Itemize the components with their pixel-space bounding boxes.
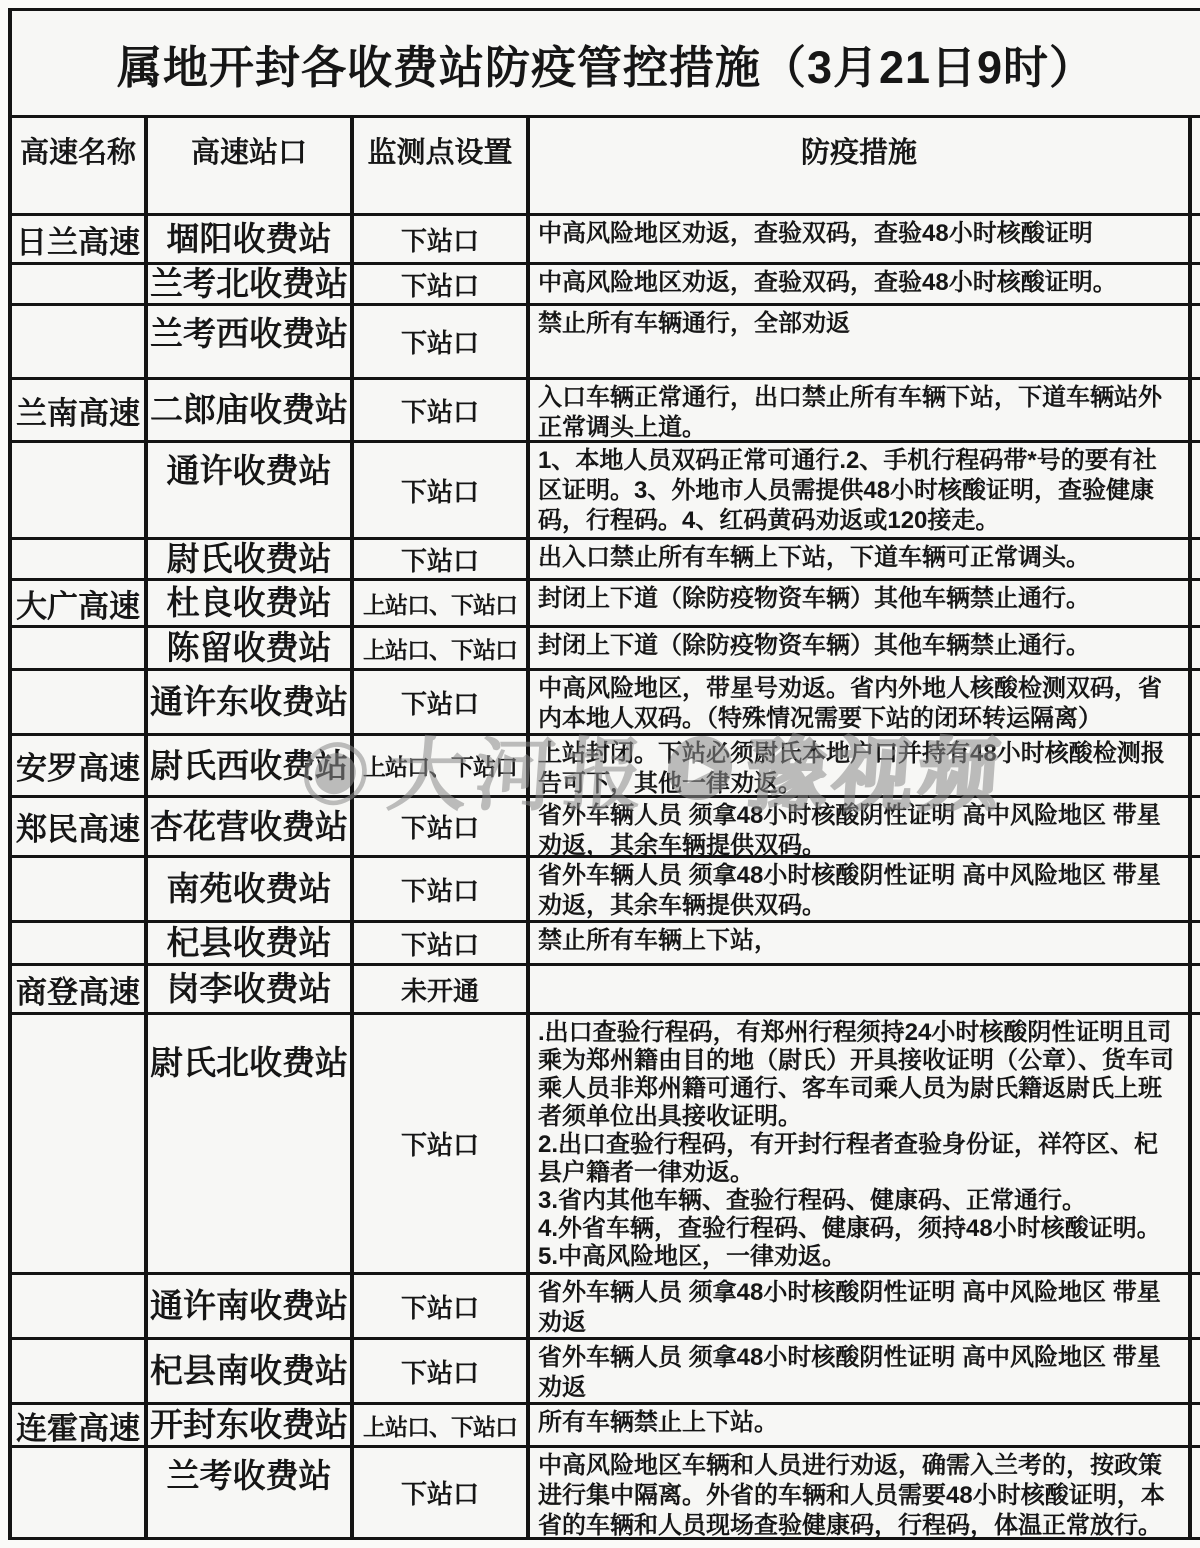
monitor-point-cell: 上站口、下站口: [354, 581, 530, 628]
cutoff-column-sliver: [1192, 1448, 1200, 1540]
cutoff-column-sliver: [1192, 798, 1200, 858]
page-title: 属地开封各收费站防疫管控措施（3月21日9时）: [117, 31, 1095, 96]
header-cutoff-sliver: [1192, 118, 1200, 216]
highway-name-cell: [12, 443, 148, 540]
cutoff-column-sliver: [1192, 671, 1200, 736]
header-monitor-point: 监测点设置: [354, 118, 530, 216]
table-row: 通许东收费站 下站口 中高风险地区，带星号劝返。省内外地人核酸检测双码，省内本地…: [12, 671, 1200, 736]
monitor-point-cell: 上站口、下站口: [354, 628, 530, 671]
cutoff-column-sliver: [1192, 443, 1200, 540]
highway-name-cell: [12, 1275, 148, 1340]
station-name-cell: 开封东收费站: [148, 1405, 354, 1448]
highway-name-cell: [12, 306, 148, 380]
cutoff-column-sliver: [1192, 1275, 1200, 1340]
cutoff-column-sliver: [1192, 216, 1200, 265]
station-name-cell: 南苑收费站: [148, 858, 354, 923]
table-row: 郑民高速 杏花营收费站 下站口 省外车辆人员 须拿48小时核酸阴性证明 高中风险…: [12, 798, 1200, 858]
station-name-cell: 兰考北收费站: [148, 265, 354, 306]
monitor-point-cell: 下站口: [354, 1275, 530, 1340]
table-row: 南苑收费站 下站口 省外车辆人员 须拿48小时核酸阴性证明 高中风险地区 带星 …: [12, 858, 1200, 923]
station-name-cell: 通许东收费站: [148, 671, 354, 736]
cutoff-column-sliver: [1192, 581, 1200, 628]
table-row: 陈留收费站 上站口、下站口 封闭上下道（除防疫物资车辆）其他车辆禁止通行。: [12, 628, 1200, 671]
station-name-cell: 二郎庙收费站: [148, 380, 354, 443]
highway-name-cell: 连霍高速: [12, 1405, 148, 1448]
cutoff-column-sliver: [1192, 1405, 1200, 1448]
highway-name-cell: 安罗高速: [12, 736, 148, 798]
toll-station-measures-table: 属地开封各收费站防疫管控措施（3月21日9时） 高速名称 高速站口 监测点设置 …: [8, 8, 1200, 1540]
table-row: 兰考收费站 下站口 中高风险地区车辆和人员进行劝返，确需入兰考的，按政策进行集中…: [12, 1448, 1200, 1540]
measures-cell: 所有车辆禁止上下站。: [530, 1405, 1192, 1448]
highway-name-cell: 大广高速: [12, 581, 148, 628]
monitor-point-cell: 下站口: [354, 265, 530, 306]
station-name-cell: 通许南收费站: [148, 1275, 354, 1340]
station-name-cell: 杜良收费站: [148, 581, 354, 628]
highway-name-cell: [12, 265, 148, 306]
measures-cell: [530, 966, 1192, 1015]
measures-cell: 封闭上下道（除防疫物资车辆）其他车辆禁止通行。: [530, 581, 1192, 628]
header-station: 高速站口: [148, 118, 354, 216]
station-name-cell: 杞县收费站: [148, 923, 354, 966]
table-row: 商登高速 岗李收费站 未开通: [12, 966, 1200, 1015]
table-body: 日兰高速 堌阳收费站 下站口 中高风险地区劝返，查验双码，查验48小时核酸证明 …: [12, 216, 1200, 1540]
monitor-point-cell: 下站口: [354, 1015, 530, 1275]
measures-cell: 1、本地人员双码正常可通行.2、手机行程码带*号的要有社区证明。3、外地市人员需…: [530, 443, 1192, 540]
cutoff-column-sliver: [1192, 306, 1200, 380]
table-row: 杞县收费站 下站口 禁止所有车辆上下站，: [12, 923, 1200, 966]
measures-cell: 中高风险地区，带星号劝返。省内外地人核酸检测双码，省内本地人双码。（特殊情况需要…: [530, 671, 1192, 736]
highway-name-cell: 兰南高速: [12, 380, 148, 443]
cutoff-column-sliver: [1192, 858, 1200, 923]
cutoff-column-sliver: [1192, 380, 1200, 443]
station-name-cell: 兰考收费站: [148, 1448, 354, 1540]
monitor-point-cell: 上站口、下站口: [354, 1405, 530, 1448]
table-row: 安罗高速 尉氏西收费站 上站口、下站口 上站封闭。下站必须尉氏本地户口并持有48…: [12, 736, 1200, 798]
highway-name-cell: [12, 671, 148, 736]
station-name-cell: 尉氏北收费站: [148, 1015, 354, 1275]
table-row: 尉氏收费站 下站口 出入口禁止所有车辆上下站，下道车辆可正常调头。: [12, 540, 1200, 581]
monitor-point-cell: 下站口: [354, 216, 530, 265]
table-row: 杞县南收费站 下站口 省外车辆人员 须拿48小时核酸阴性证明 高中风险地区 带星…: [12, 1340, 1200, 1405]
measures-cell: 上站封闭。下站必须尉氏本地户口并持有48小时核酸检测报告可下，其他一律劝返。: [530, 736, 1192, 798]
cutoff-column-sliver: [1192, 966, 1200, 1015]
monitor-point-cell: 上站口、下站口: [354, 736, 530, 798]
measures-cell: 省外车辆人员 须拿48小时核酸阴性证明 高中风险地区 带星 劝返，其余车辆提供双…: [530, 858, 1192, 923]
monitor-point-cell: 下站口: [354, 380, 530, 443]
monitor-point-cell: 下站口: [354, 1448, 530, 1540]
measures-cell: 中高风险地区劝返，查验双码，查验48小时核酸证明。: [530, 265, 1192, 306]
highway-name-cell: [12, 923, 148, 966]
measures-cell: 中高风险地区车辆和人员进行劝返，确需入兰考的，按政策进行集中隔离。外省的车辆和人…: [530, 1448, 1192, 1540]
highway-name-cell: [12, 540, 148, 581]
measures-cell: 省外车辆人员 须拿48小时核酸阴性证明 高中风险地区 带星 劝返: [530, 1340, 1192, 1405]
measures-cell: 禁止所有车辆上下站，: [530, 923, 1192, 966]
header-measures: 防疫措施: [530, 118, 1192, 216]
table-header-row: 高速名称 高速站口 监测点设置 防疫措施: [12, 118, 1200, 216]
table-row: 连霍高速 开封东收费站 上站口、下站口 所有车辆禁止上下站。: [12, 1405, 1200, 1448]
table-row: 兰南高速 二郎庙收费站 下站口 入口车辆正常通行，出口禁止所有车辆下站，下道车辆…: [12, 380, 1200, 443]
table-row: 大广高速 杜良收费站 上站口、下站口 封闭上下道（除防疫物资车辆）其他车辆禁止通…: [12, 581, 1200, 628]
measures-cell: 封闭上下道（除防疫物资车辆）其他车辆禁止通行。: [530, 628, 1192, 671]
highway-name-cell: [12, 628, 148, 671]
station-name-cell: 岗李收费站: [148, 966, 354, 1015]
highway-name-cell: 郑民高速: [12, 798, 148, 858]
monitor-point-cell: 下站口: [354, 858, 530, 923]
measures-cell: 禁止所有车辆通行，全部劝返: [530, 306, 1192, 380]
cutoff-column-sliver: [1192, 923, 1200, 966]
monitor-point-cell: 下站口: [354, 923, 530, 966]
measures-cell: 省外车辆人员 须拿48小时核酸阴性证明 高中风险地区 带星 劝返，其余车辆提供双…: [530, 798, 1192, 858]
table-title-row: 属地开封各收费站防疫管控措施（3月21日9时）: [12, 11, 1200, 118]
table-row: 兰考北收费站 下站口 中高风险地区劝返，查验双码，查验48小时核酸证明。: [12, 265, 1200, 306]
monitor-point-cell: 下站口: [354, 671, 530, 736]
table-row: 通许南收费站 下站口 省外车辆人员 须拿48小时核酸阴性证明 高中风险地区 带星…: [12, 1275, 1200, 1340]
station-name-cell: 陈留收费站: [148, 628, 354, 671]
highway-name-cell: [12, 1340, 148, 1405]
table-row: 尉氏北收费站 下站口 .出口查验行程码，有郑州行程须持24小时核酸阴性证明且司乘…: [12, 1015, 1200, 1275]
measures-cell: .出口查验行程码，有郑州行程须持24小时核酸阴性证明且司乘为郑州籍由目的地（尉氏…: [530, 1015, 1192, 1275]
header-highway-name: 高速名称: [12, 118, 148, 216]
station-name-cell: 堌阳收费站: [148, 216, 354, 265]
table-row: 通许收费站 下站口 1、本地人员双码正常可通行.2、手机行程码带*号的要有社区证…: [12, 443, 1200, 540]
station-name-cell: 通许收费站: [148, 443, 354, 540]
highway-name-cell: [12, 858, 148, 923]
monitor-point-cell: 下站口: [354, 540, 530, 581]
measures-cell: 出入口禁止所有车辆上下站，下道车辆可正常调头。: [530, 540, 1192, 581]
station-name-cell: 兰考西收费站: [148, 306, 354, 380]
station-name-cell: 尉氏西收费站: [148, 736, 354, 798]
cutoff-column-sliver: [1192, 265, 1200, 306]
cutoff-column-sliver: [1192, 1340, 1200, 1405]
monitor-point-cell: 下站口: [354, 798, 530, 858]
monitor-point-cell: 下站口: [354, 1340, 530, 1405]
measures-cell: 省外车辆人员 须拿48小时核酸阴性证明 高中风险地区 带星 劝返: [530, 1275, 1192, 1340]
cutoff-column-sliver: [1192, 628, 1200, 671]
table-row: 兰考西收费站 下站口 禁止所有车辆通行，全部劝返: [12, 306, 1200, 380]
station-name-cell: 杞县南收费站: [148, 1340, 354, 1405]
station-name-cell: 尉氏收费站: [148, 540, 354, 581]
table-row: 日兰高速 堌阳收费站 下站口 中高风险地区劝返，查验双码，查验48小时核酸证明: [12, 216, 1200, 265]
cutoff-column-sliver: [1192, 540, 1200, 581]
highway-name-cell: 商登高速: [12, 966, 148, 1015]
highway-name-cell: 日兰高速: [12, 216, 148, 265]
station-name-cell: 杏花营收费站: [148, 798, 354, 858]
cutoff-column-sliver: [1192, 736, 1200, 798]
monitor-point-cell: 下站口: [354, 443, 530, 540]
monitor-point-cell: 下站口: [354, 306, 530, 380]
highway-name-cell: [12, 1448, 148, 1540]
monitor-point-cell: 未开通: [354, 966, 530, 1015]
cutoff-column-sliver: [1192, 1015, 1200, 1275]
highway-name-cell: [12, 1015, 148, 1275]
measures-cell: 入口车辆正常通行，出口禁止所有车辆下站，下道车辆站外正常调头上道。: [530, 380, 1192, 443]
measures-cell: 中高风险地区劝返，查验双码，查验48小时核酸证明: [530, 216, 1192, 265]
